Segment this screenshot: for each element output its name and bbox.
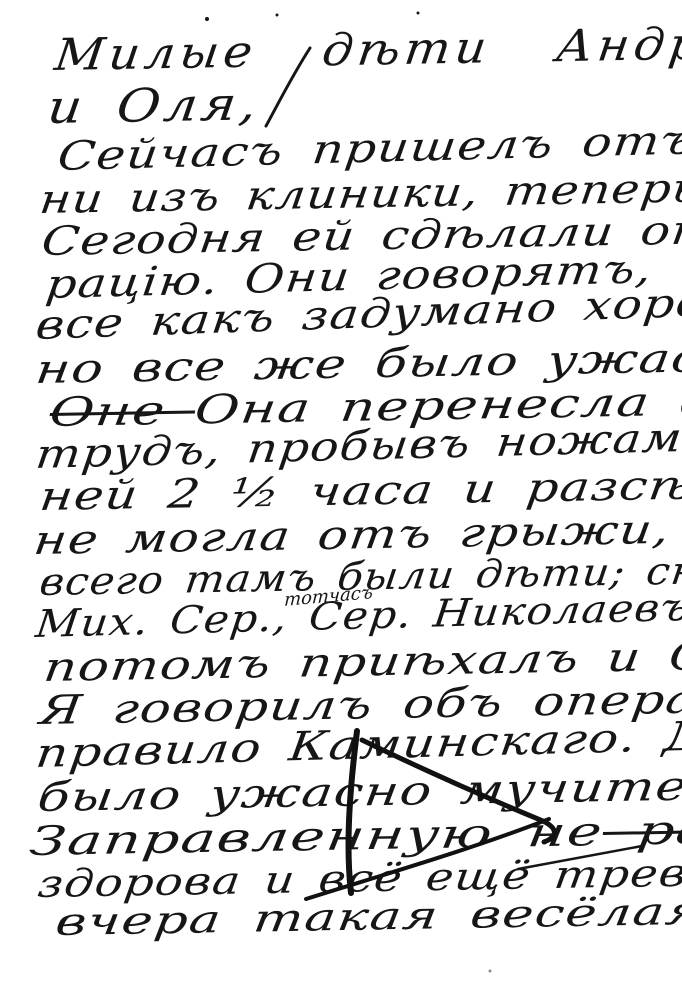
letter-sheet: Милые дѣти Андрюшаи Оля,Сейчасъ пришелъ …	[0, 0, 682, 993]
handwriting-line-2: и Оля,	[45, 76, 264, 134]
line-text: и Оля,	[45, 76, 264, 134]
handwriting-body: Милые дѣти Андрюшаи Оля,Сейчасъ пришелъ …	[0, 0, 682, 993]
struck-word: развода	[600, 804, 682, 855]
handwriting-line-1: Милые дѣти Андрюша	[52, 16, 682, 81]
line-text: Милые дѣти Андрюша	[52, 16, 682, 81]
